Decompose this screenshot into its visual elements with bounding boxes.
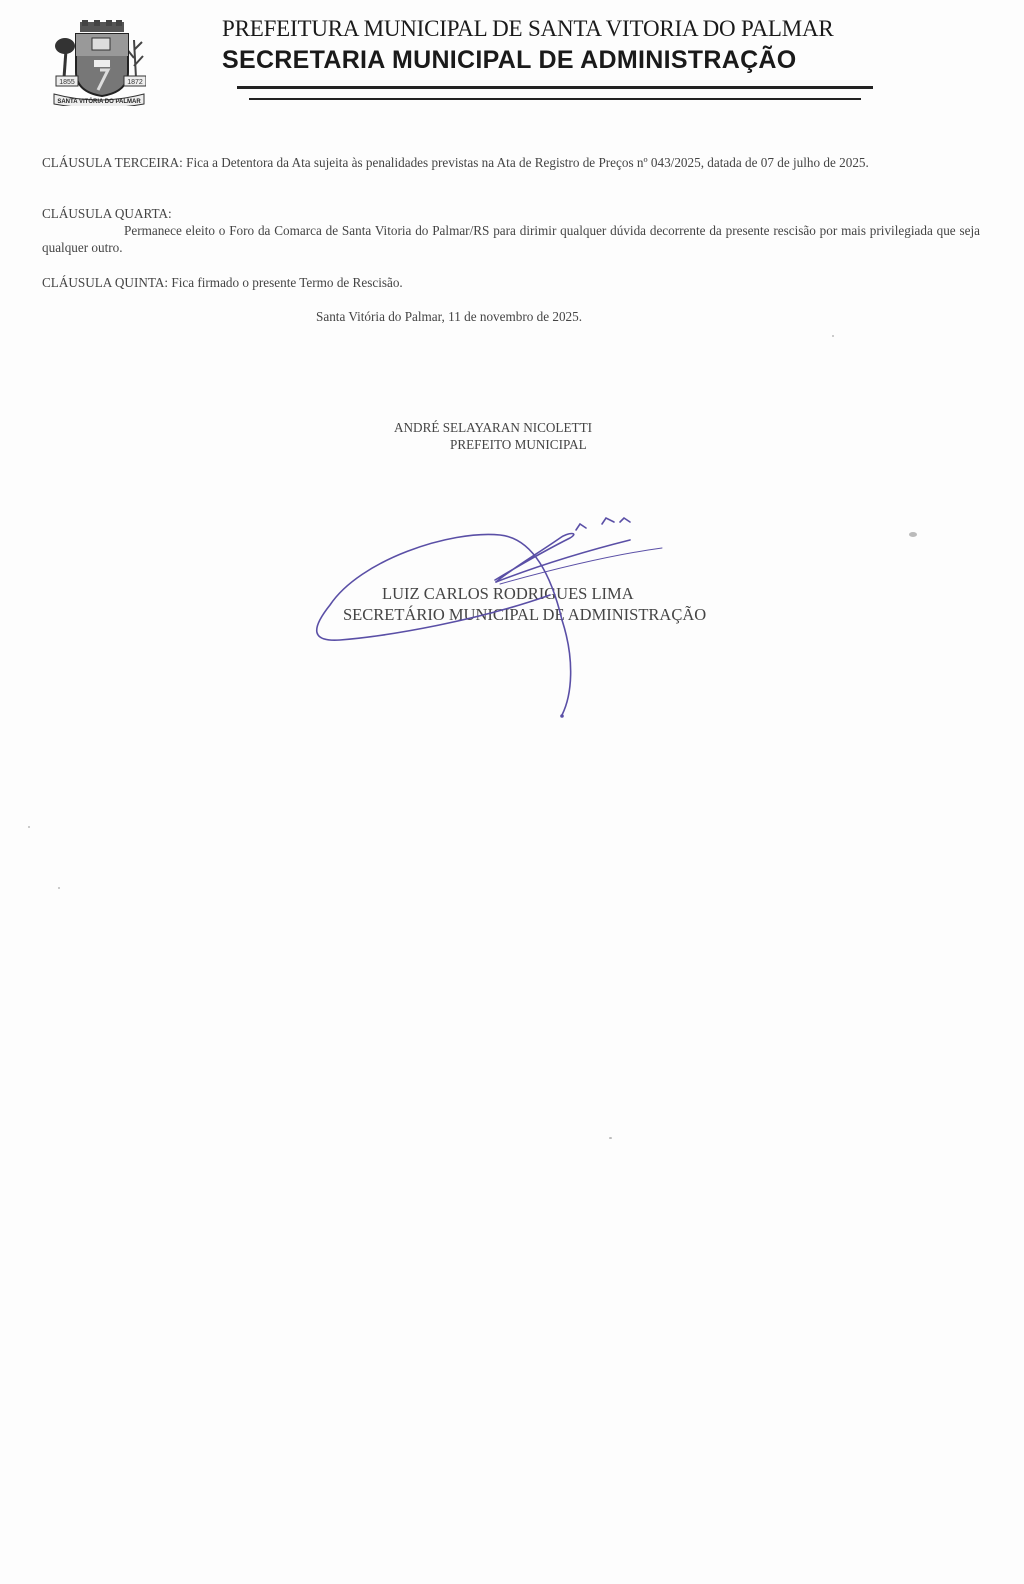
scan-speck bbox=[58, 887, 60, 889]
clause-text: Fica firmado o presente Termo de Rescisã… bbox=[171, 275, 402, 290]
clause-quinta: CLÁUSULA QUINTA: Fica firmado o presente… bbox=[42, 274, 980, 291]
clause-label: CLÁUSULA QUINTA: bbox=[42, 275, 168, 290]
clause-text: Fica a Detentora da Ata sujeita às penal… bbox=[186, 155, 869, 170]
scan-speck bbox=[909, 532, 917, 537]
header-rule-top bbox=[237, 86, 873, 89]
svg-text:1872: 1872 bbox=[127, 79, 143, 86]
clause-label: CLÁUSULA QUARTA: bbox=[42, 205, 980, 222]
header-secretaria: SECRETARIA MUNICIPAL DE ADMINISTRAÇÃO bbox=[222, 46, 797, 75]
svg-text:SANTA VITÓRIA DO PALMAR: SANTA VITÓRIA DO PALMAR bbox=[57, 97, 141, 105]
signatory-title-prefeito: PREFEITO MUNICIPAL bbox=[450, 437, 587, 453]
scan-speck bbox=[832, 335, 834, 337]
scan-speck bbox=[28, 826, 30, 828]
svg-text:1855: 1855 bbox=[59, 79, 75, 86]
handwritten-signature bbox=[300, 510, 680, 730]
clause-terceira: CLÁUSULA TERCEIRA: Fica a Detentora da A… bbox=[42, 154, 980, 171]
coat-of-arms-icon: 1855 1872 SANTA VITÓRIA DO PALMAR bbox=[50, 20, 146, 106]
header-rule-bottom bbox=[249, 98, 861, 100]
signatory-name-prefeito: ANDRÉ SELAYARAN NICOLETTI bbox=[394, 420, 592, 436]
header-prefeitura: PREFEITURA MUNICIPAL DE SANTA VITORIA DO… bbox=[222, 16, 834, 42]
clause-label: CLÁUSULA TERCEIRA: bbox=[42, 155, 183, 170]
scan-speck bbox=[609, 1137, 612, 1139]
clause-text: Permanece eleito o Foro da Comarca de Sa… bbox=[42, 223, 980, 255]
place-date: Santa Vitória do Palmar, 11 de novembro … bbox=[316, 309, 582, 325]
clause-quarta: CLÁUSULA QUARTA: Permanece eleito o Foro… bbox=[42, 205, 980, 256]
